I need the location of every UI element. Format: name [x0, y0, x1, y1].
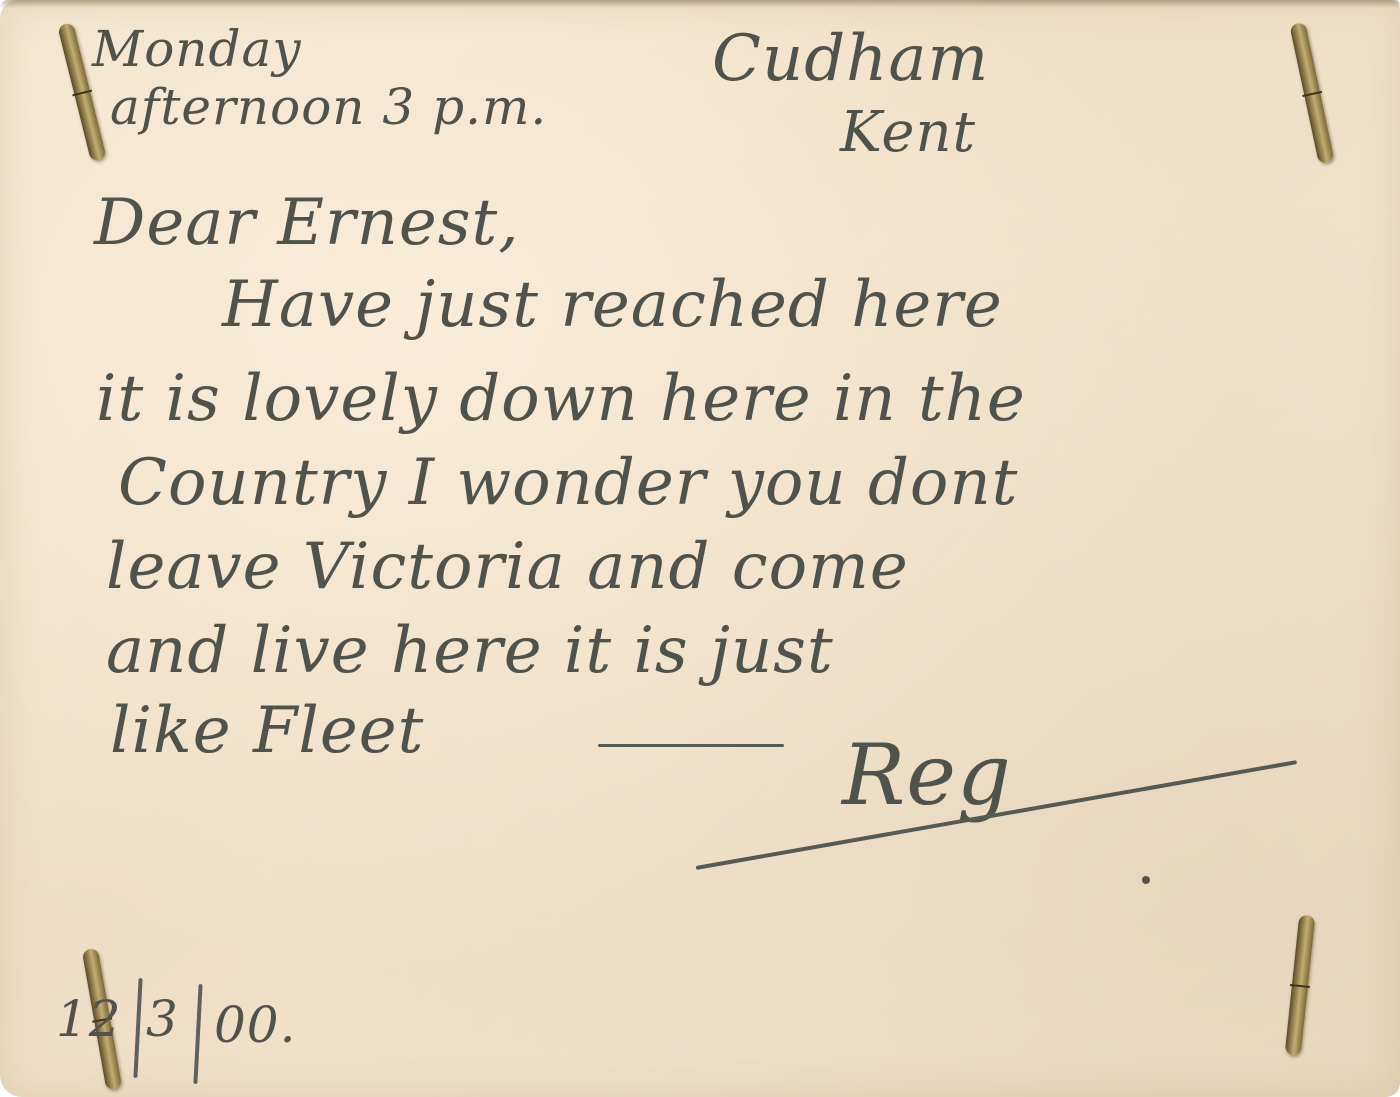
date-separator-1 — [133, 978, 142, 1078]
postcard: Monday afternoon 3 p.m. Cudham Kent Dear… — [0, 0, 1400, 1097]
date-day: 12 — [56, 990, 122, 1048]
closing-dash — [598, 744, 784, 747]
date-separator-2 — [193, 984, 202, 1084]
body-line-1: Have just reached here — [222, 268, 1003, 342]
signature: Reg — [842, 726, 1012, 824]
body-line-3: Country I wonder you dont — [118, 446, 1018, 520]
ink-dot — [1142, 876, 1150, 884]
place-line1: Cudham — [712, 22, 989, 96]
body-line-5: and live here it is just — [106, 614, 834, 688]
body-line-6: like Fleet — [110, 694, 424, 768]
header-day: Monday — [92, 20, 302, 78]
body-line-4: leave Victoria and come — [106, 530, 909, 604]
body-line-2: it is lovely down here in the — [96, 362, 1026, 436]
date-year: 00. — [214, 996, 297, 1054]
header-time: afternoon 3 p.m. — [110, 78, 547, 136]
salutation: Dear Ernest, — [94, 186, 520, 260]
place-line2: Kent — [840, 100, 976, 165]
staple-top-right — [1289, 22, 1334, 164]
staple-bottom-right — [1285, 915, 1316, 1056]
date-month: 3 — [146, 990, 179, 1048]
